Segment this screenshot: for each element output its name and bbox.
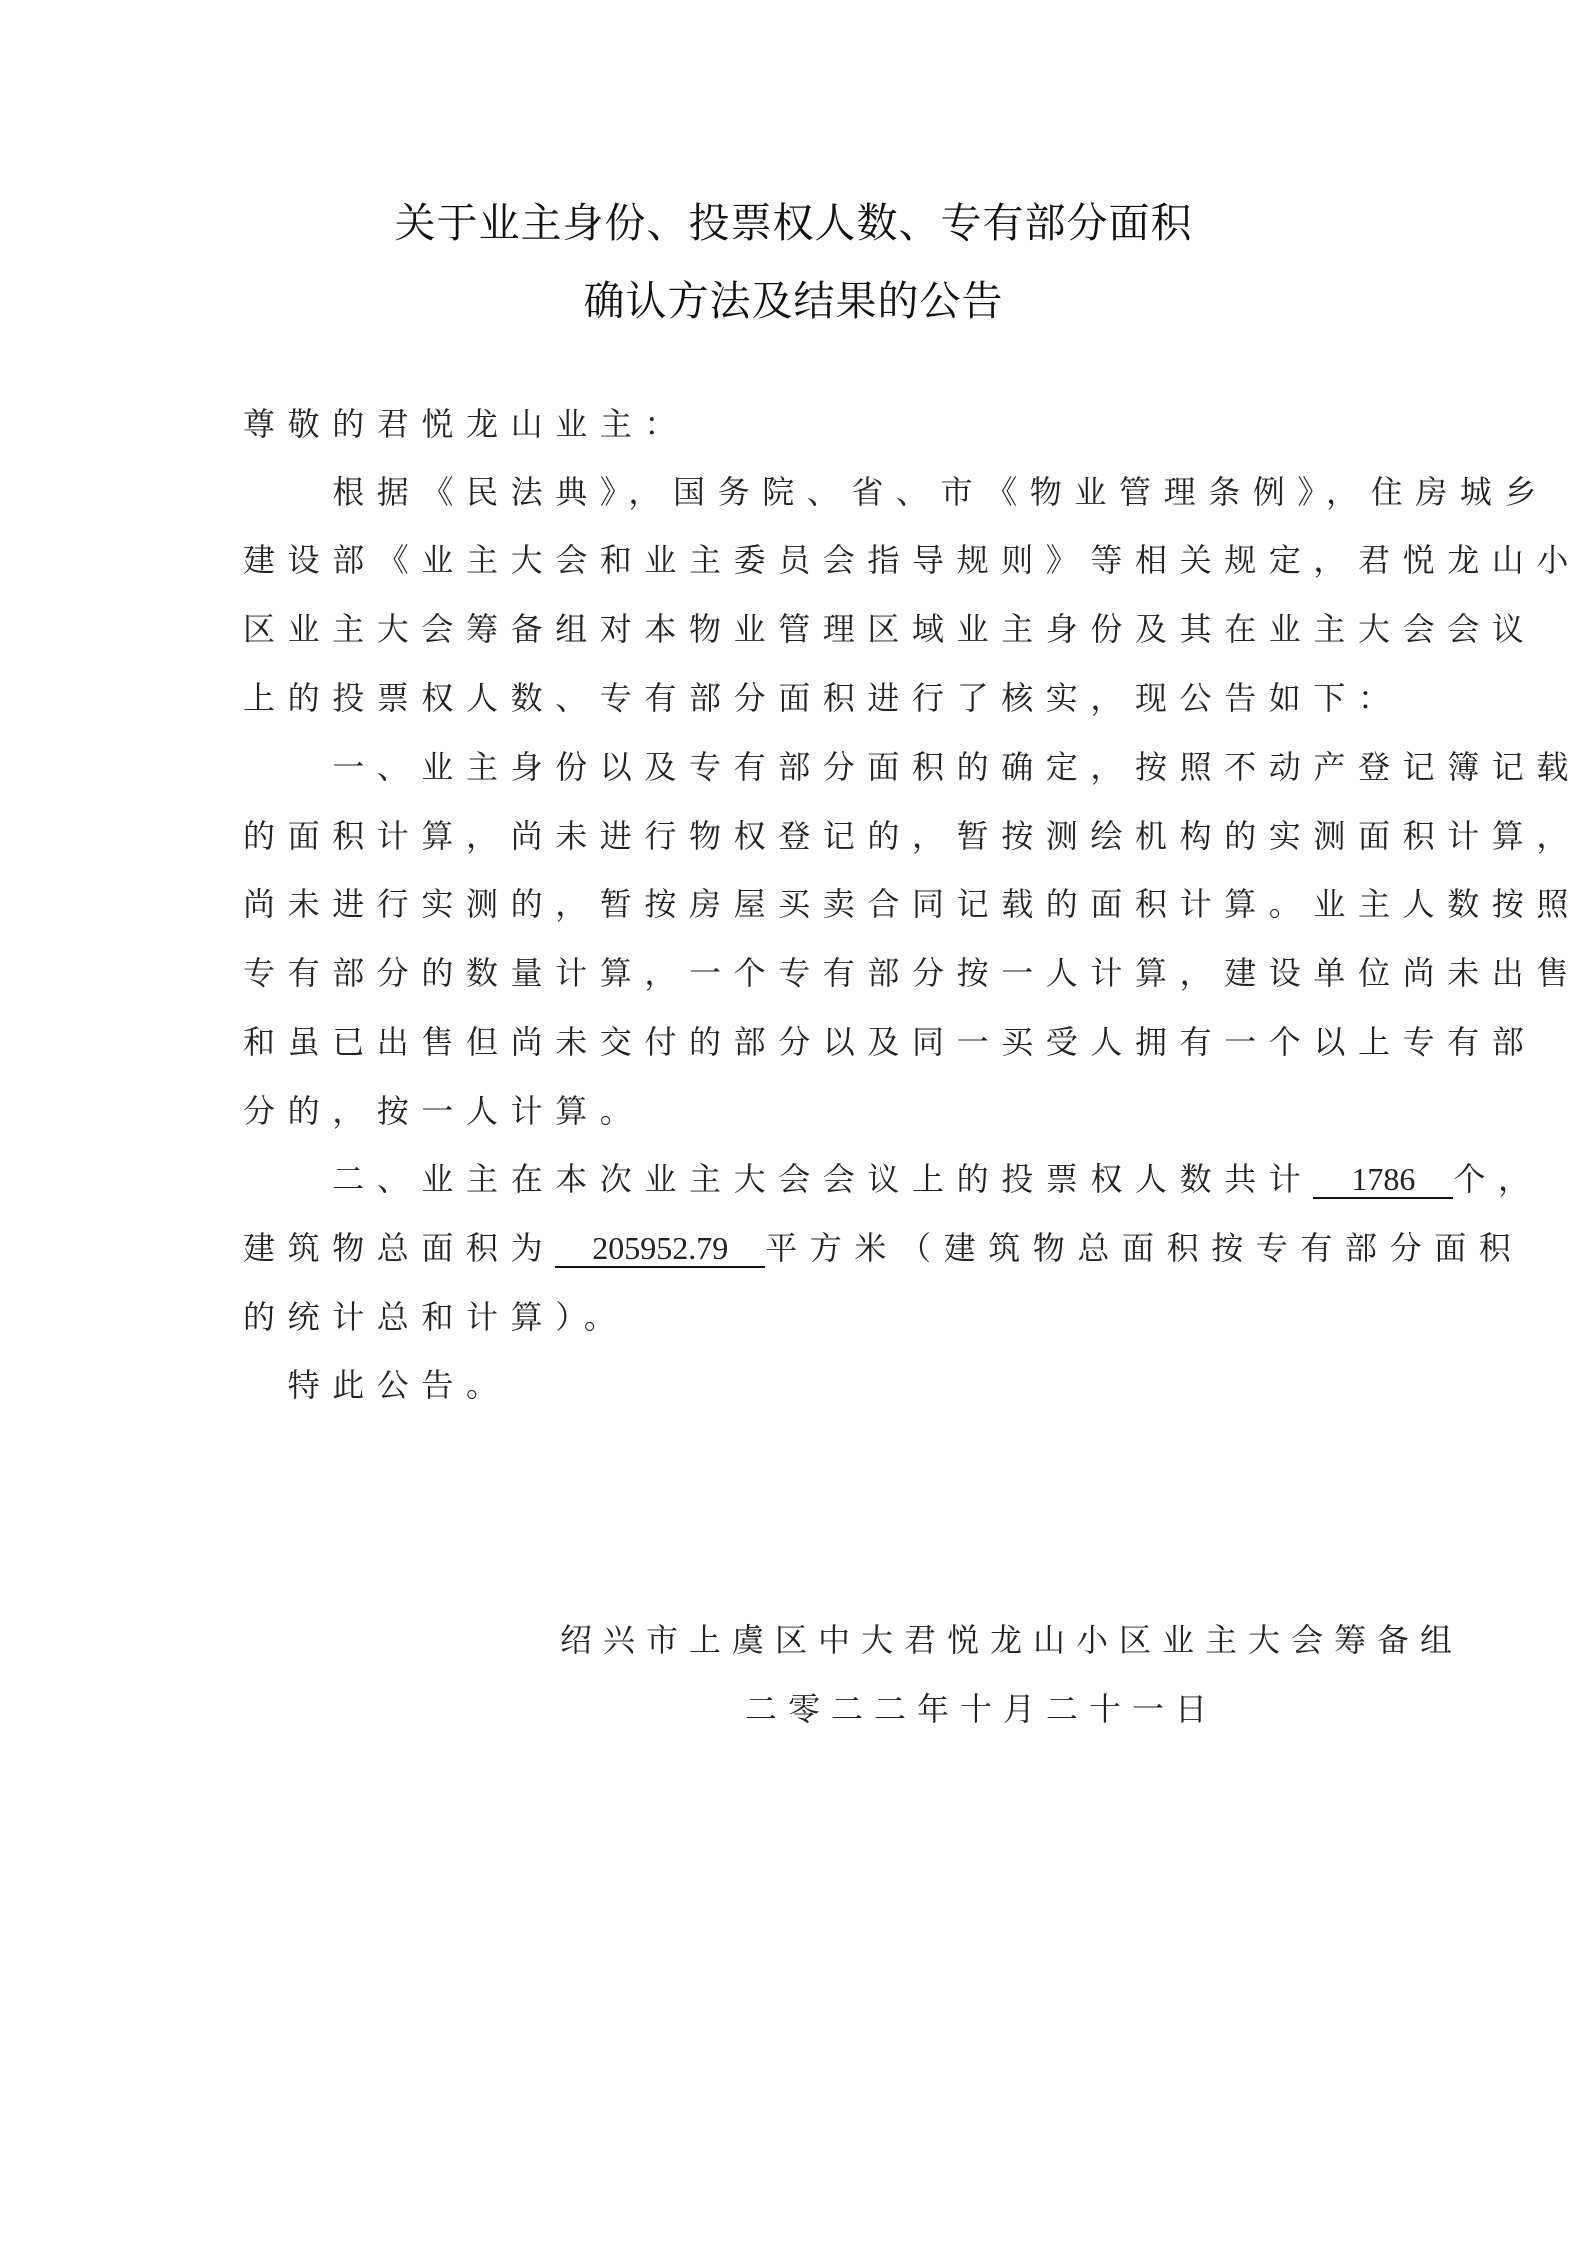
section-one-line: 分的，按一人计算。 bbox=[243, 1089, 1353, 1133]
document-title-line-2: 确认方法及结果的公告 bbox=[0, 276, 1587, 326]
section-one-line: 和虽已出售但尚未交付的部分以及同一买受人拥有一个以上专有部 bbox=[243, 1020, 1353, 1064]
section-two-text: 个， bbox=[1453, 1160, 1542, 1198]
intro-paragraph-line: 区业主大会筹备组对本物业管理区域业主身份及其在业主大会会议 bbox=[243, 607, 1353, 651]
intro-paragraph-line: 上的投票权人数、专有部分面积进行了核实，现公告如下： bbox=[243, 676, 1353, 720]
section-two-line-2: 建筑物总面积为205952.79平方米（建筑物总面积按专有部分面积 bbox=[243, 1226, 1353, 1270]
section-one-line: 的面积计算，尚未进行物权登记的，暂按测绘机构的实测面积计算， bbox=[243, 814, 1353, 858]
salutation: 尊敬的君悦龙山业主： bbox=[243, 402, 1353, 446]
section-one-line: 尚未进行实测的，暂按房屋买卖合同记载的面积计算。业主人数按照 bbox=[243, 882, 1353, 926]
section-two-line-1: 二、业主在本次业主大会会议上的投票权人数共计1786个， bbox=[243, 1157, 1353, 1201]
intro-paragraph-line: 建设部《业主大会和业主委员会指导规则》等相关规定，君悦龙山小 bbox=[243, 538, 1353, 582]
section-two-text: 平方米（建筑物总面积按专有部分面积 bbox=[765, 1229, 1523, 1267]
signature-date: 二零二二年十月二十一日 bbox=[745, 1687, 1218, 1731]
announcement-page: 关于业主身份、投票权人数、专有部分面积 确认方法及结果的公告 尊敬的君悦龙山业主… bbox=[0, 0, 1587, 2245]
document-title-line-1: 关于业主身份、投票权人数、专有部分面积 bbox=[0, 198, 1587, 248]
section-one-line: 专有部分的数量计算，一个专有部分按一人计算，建设单位尚未出售 bbox=[243, 951, 1353, 995]
closing-statement: 特此公告。 bbox=[243, 1363, 1353, 1407]
section-two-line-3: 的统计总和计算）。 bbox=[243, 1295, 1353, 1339]
voter-count-value: 1786 bbox=[1313, 1161, 1453, 1199]
section-two-text: 建筑物总面积为 bbox=[243, 1229, 555, 1267]
intro-paragraph-line: 根据《民法典》，国务院、省、市《物业管理条例》，住房城乡 bbox=[243, 470, 1353, 514]
section-two-text: 二、业主在本次业主大会会议上的投票权人数共计 bbox=[243, 1160, 1313, 1198]
total-area-value: 205952.79 bbox=[555, 1230, 765, 1268]
signature-organization: 绍兴市上虞区中大君悦龙山小区业主大会筹备组 bbox=[560, 1618, 1463, 1662]
section-one-line: 一、业主身份以及专有部分面积的确定，按照不动产登记簿记载 bbox=[243, 745, 1353, 789]
